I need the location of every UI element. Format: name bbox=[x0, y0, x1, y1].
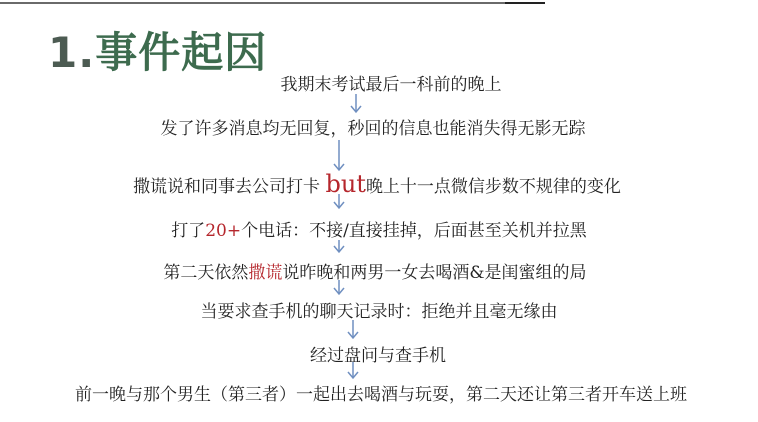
step-text: 前一晚与那个男生（第三者）一起出去喝酒与玩耍，第二天还让第三者开车送上班 bbox=[75, 385, 687, 405]
step-4: 打了20+个电话：不接/直接挂掉，后面甚至关机并拉黑 bbox=[0, 216, 758, 241]
step-highlight: 撒谎 bbox=[248, 263, 282, 283]
step-text: 第二天依然 bbox=[163, 263, 248, 283]
top-divider bbox=[0, 2, 545, 4]
step-text: 发了许多消息均无回复，秒回的信息也能消失得无影无踪 bbox=[161, 119, 586, 139]
step-text: 说昨晚和两男一女去喝酒&是闺蜜组的局 bbox=[282, 263, 586, 283]
step-text: 我期末考试最后一科前的晚上 bbox=[281, 75, 502, 95]
step-highlight: 20+ bbox=[205, 221, 241, 241]
down-arrow-icon bbox=[333, 240, 345, 260]
step-text: 晚上十一点微信步数不规律的变化 bbox=[366, 177, 621, 197]
step-1: 我期末考试最后一科前的晚上 bbox=[12, 70, 758, 95]
step-3: 撒谎说和同事去公司打卡 but晚上十一点微信步数不规律的变化 bbox=[0, 170, 756, 198]
step-6: 当要求查手机的聊天记录时：拒绝并且毫无缘由 bbox=[0, 297, 758, 322]
step-8: 前一晚与那个男生（第三者）一起出去喝酒与玩耍，第二天还让第三者开车送上班 bbox=[2, 380, 758, 405]
down-arrow-icon bbox=[333, 140, 345, 160]
step-highlight: but bbox=[325, 170, 365, 198]
down-arrow-icon bbox=[350, 94, 362, 114]
step-text: 个电话：不接/直接挂掉，后面甚至关机并拉黑 bbox=[241, 221, 587, 241]
step-text: 撒谎说和同事去公司打卡 bbox=[133, 177, 325, 197]
step-5: 第二天依然撒谎说昨晚和两男一女去喝酒&是闺蜜组的局 bbox=[0, 258, 754, 283]
top-divider-accent bbox=[505, 2, 545, 4]
down-arrow-icon bbox=[347, 362, 359, 382]
step-text: 当要求查手机的聊天记录时：拒绝并且毫无缘由 bbox=[201, 302, 558, 322]
step-7: 经过盘问与查手机 bbox=[0, 341, 757, 366]
down-arrow-icon bbox=[347, 320, 359, 340]
step-text: 经过盘问与查手机 bbox=[310, 346, 446, 366]
step-text: 打了 bbox=[171, 221, 205, 241]
step-2: 发了许多消息均无回复，秒回的信息也能消失得无影无踪 bbox=[0, 114, 752, 139]
down-arrow-icon bbox=[333, 194, 345, 214]
